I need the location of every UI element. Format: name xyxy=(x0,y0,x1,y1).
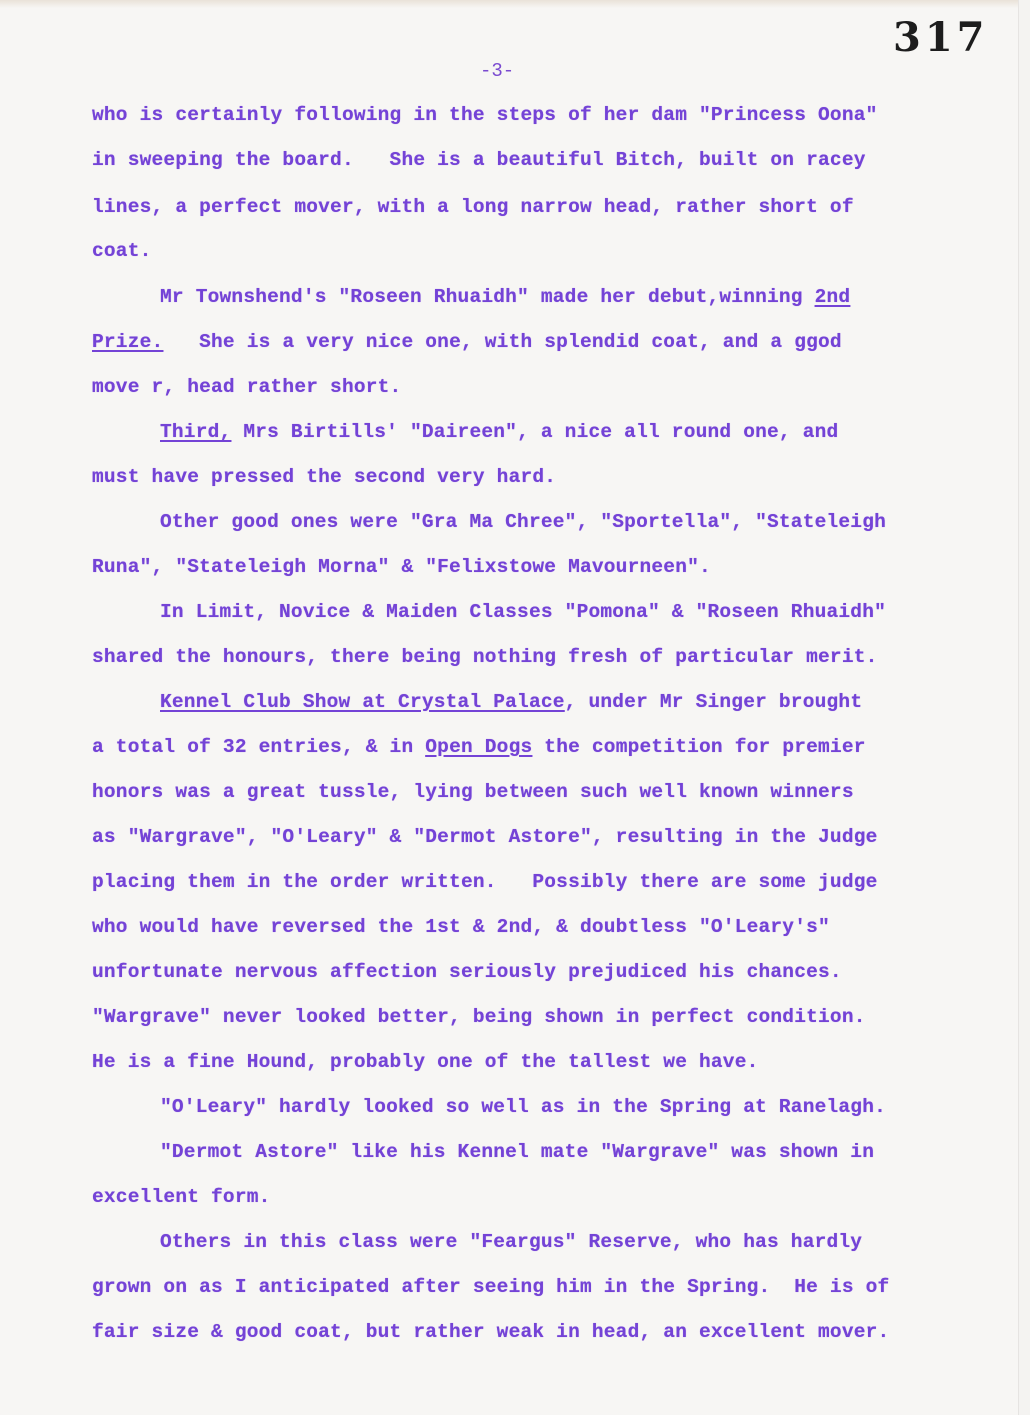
text-line: placing them in the order written. Possi… xyxy=(92,871,878,893)
text-line: Prize. She is a very nice one, with sple… xyxy=(92,331,842,353)
underlined-text: Third, xyxy=(160,421,231,443)
text-line: honors was a great tussle, lying between… xyxy=(92,781,854,803)
text-line: grown on as I anticipated after seeing h… xyxy=(92,1276,889,1298)
text-line: In Limit, Novice & Maiden Classes "Pomon… xyxy=(160,601,886,623)
text-line: Kennel Club Show at Crystal Palace, unde… xyxy=(160,691,862,713)
text-line: shared the honours, there being nothing … xyxy=(92,646,878,668)
text-segment: Others in this class were "Feargus" Rese… xyxy=(160,1231,862,1253)
text-segment: fair size & good coat, but rather weak i… xyxy=(92,1321,889,1343)
text-segment: lines, a perfect mover, with a long narr… xyxy=(92,196,854,218)
text-segment: who would have reversed the 1st & 2nd, &… xyxy=(92,916,830,938)
underlined-text: 2nd xyxy=(815,286,851,308)
text-segment: , under Mr Singer brought xyxy=(565,691,863,713)
text-line: Third, Mrs Birtills' "Daireen", a nice a… xyxy=(160,421,838,443)
text-segment: In Limit, Novice & Maiden Classes "Pomon… xyxy=(160,601,886,623)
text-line: must have pressed the second very hard. xyxy=(92,466,556,488)
text-line: coat. xyxy=(92,240,152,262)
text-line: fair size & good coat, but rather weak i… xyxy=(92,1321,889,1343)
text-line: Others in this class were "Feargus" Rese… xyxy=(160,1231,862,1253)
text-line: excellent form. xyxy=(92,1186,271,1208)
text-segment: Mrs Birtills' "Daireen", a nice all roun… xyxy=(231,421,838,443)
text-segment: honors was a great tussle, lying between… xyxy=(92,781,854,803)
text-segment: excellent form. xyxy=(92,1186,271,1208)
text-segment: must have pressed the second very hard. xyxy=(92,466,556,488)
text-line: Runa", "Stateleigh Morna" & "Felixstowe … xyxy=(92,556,711,578)
text-line: who is certainly following in the steps … xyxy=(92,104,878,126)
text-line: in sweeping the board. She is a beautifu… xyxy=(92,149,866,171)
text-segment: He is a fine Hound, probably one of the … xyxy=(92,1051,759,1073)
underlined-text: Kennel Club Show at Crystal Palace xyxy=(160,691,565,713)
folio-number: 317 xyxy=(893,14,989,61)
text-segment: Other good ones were "Gra Ma Chree", "Sp… xyxy=(160,511,886,533)
text-line: as "Wargrave", "O'Leary" & "Dermot Astor… xyxy=(92,826,878,848)
text-segment: Mr Townshend's "Roseen Rhuaidh" made her… xyxy=(160,286,815,308)
text-segment: who is certainly following in the steps … xyxy=(92,104,878,126)
text-segment: shared the honours, there being nothing … xyxy=(92,646,878,668)
paper-top-edge xyxy=(0,0,1018,8)
text-segment: a total of 32 entries, & in xyxy=(92,736,425,758)
text-line: move r, head rather short. xyxy=(92,376,401,398)
text-segment: in sweeping the board. She is a beautifu… xyxy=(92,149,866,171)
text-segment: "O'Leary" hardly looked so well as in th… xyxy=(160,1096,886,1118)
text-segment: grown on as I anticipated after seeing h… xyxy=(92,1276,889,1298)
text-line: unfortunate nervous affection seriously … xyxy=(92,961,842,983)
text-segment: move r, head rather short. xyxy=(92,376,401,398)
text-segment: Runa", "Stateleigh Morna" & "Felixstowe … xyxy=(92,556,711,578)
text-line: Other good ones were "Gra Ma Chree", "Sp… xyxy=(160,511,886,533)
underlined-text: Prize. xyxy=(92,331,163,353)
text-segment: the competition for premier xyxy=(532,736,865,758)
text-segment: placing them in the order written. Possi… xyxy=(92,871,878,893)
text-line: Mr Townshend's "Roseen Rhuaidh" made her… xyxy=(160,286,850,308)
text-segment: unfortunate nervous affection seriously … xyxy=(92,961,842,983)
text-line: "Dermot Astore" like his Kennel mate "Wa… xyxy=(160,1141,874,1163)
text-line: lines, a perfect mover, with a long narr… xyxy=(92,196,854,218)
text-segment: coat. xyxy=(92,240,152,262)
text-segment: "Dermot Astore" like his Kennel mate "Wa… xyxy=(160,1141,874,1163)
text-line: a total of 32 entries, & in Open Dogs th… xyxy=(92,736,866,758)
text-segment: "Wargrave" never looked better, being sh… xyxy=(92,1006,866,1028)
text-line: who would have reversed the 1st & 2nd, &… xyxy=(92,916,830,938)
underlined-text: Open Dogs xyxy=(425,736,532,758)
typed-page: 317 -3- who is certainly following in th… xyxy=(0,0,1019,1415)
text-segment: as "Wargrave", "O'Leary" & "Dermot Astor… xyxy=(92,826,878,848)
text-line: "O'Leary" hardly looked so well as in th… xyxy=(160,1096,886,1118)
text-line: "Wargrave" never looked better, being sh… xyxy=(92,1006,866,1028)
text-segment: She is a very nice one, with splendid co… xyxy=(163,331,841,353)
page-number: -3- xyxy=(480,60,514,82)
text-line: He is a fine Hound, probably one of the … xyxy=(92,1051,759,1073)
